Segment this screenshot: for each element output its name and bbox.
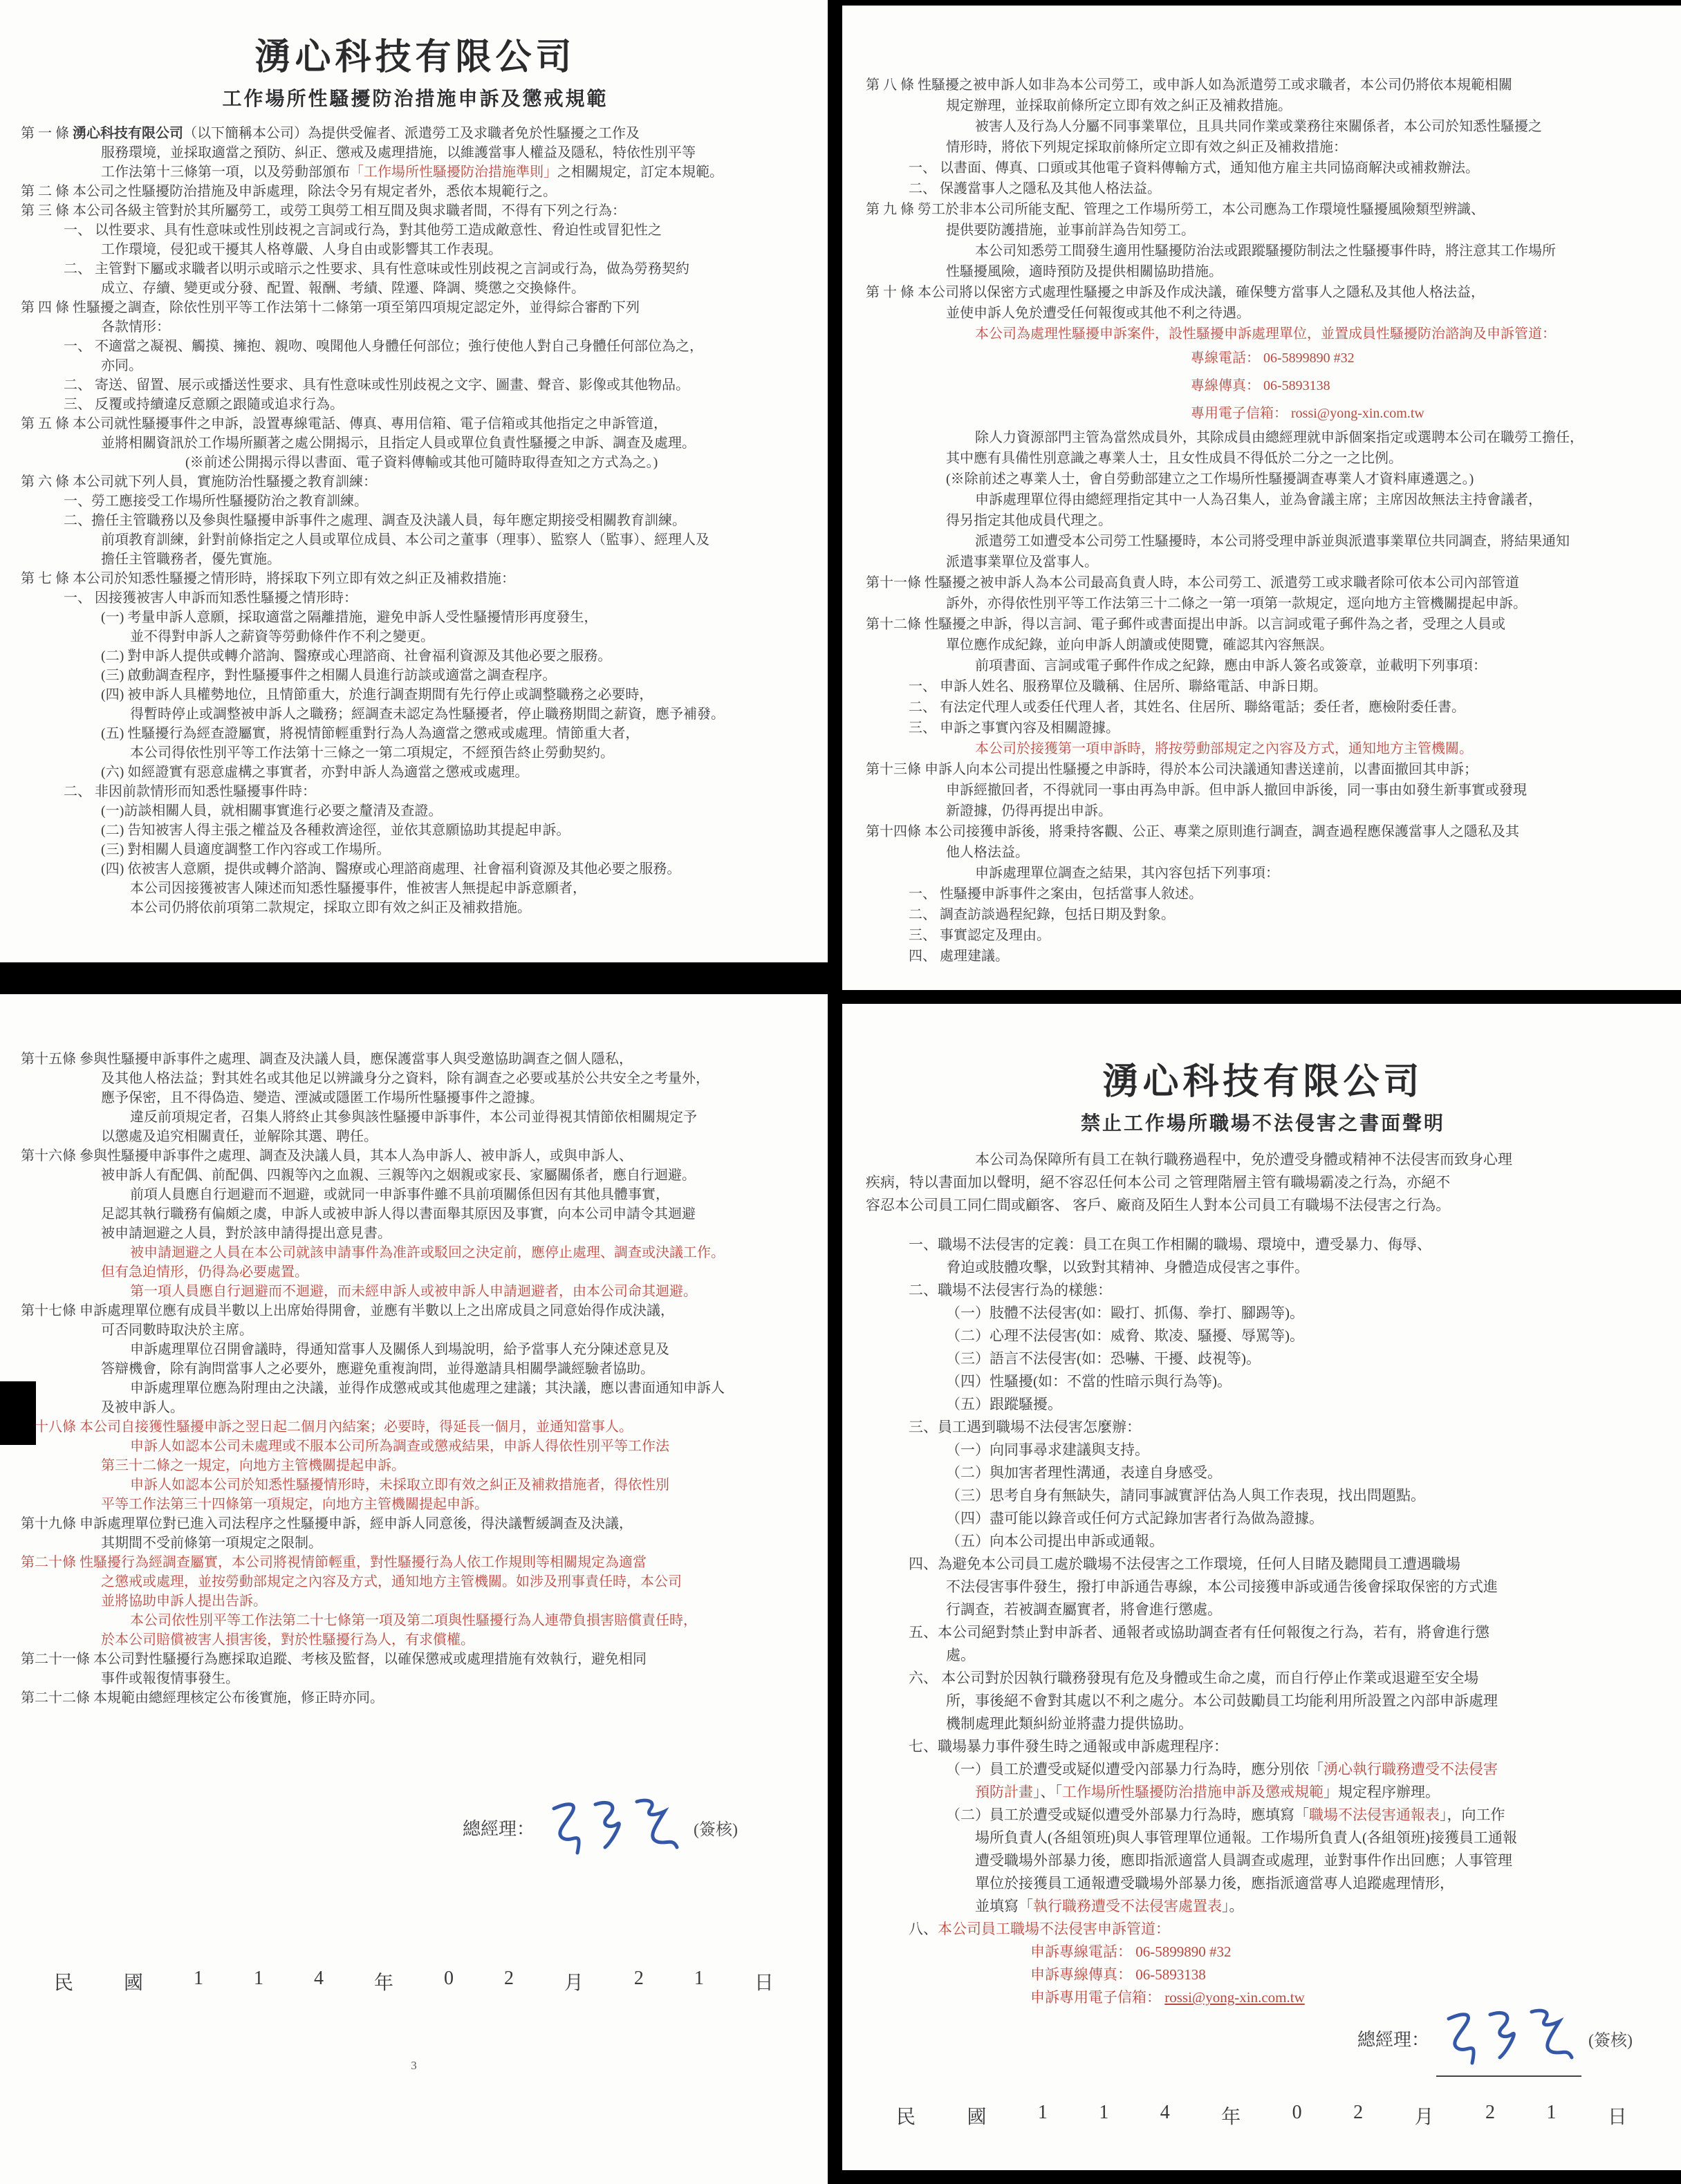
doc-line: 本公司為處理性騷擾申訴案件，設性騷擾申訴處理單位，並置成員性騷擾防治諮詢及申訴管…	[975, 324, 1663, 344]
page-title: 湧心科技有限公司	[866, 1052, 1660, 1104]
doc-line: 應予保密，且不得偽造、變造、湮滅或隱匿工作場所性騷擾事件之證據。	[101, 1088, 810, 1108]
doc-line: 第十二條 性騷擾之申訴，得以言詞、電子郵件或書面提出申訴。以言詞或電子郵件為之者…	[866, 614, 1663, 635]
date-cell: 2	[504, 1968, 514, 1995]
doc-line: （五）跟蹤騷擾。	[946, 1393, 1660, 1416]
doc-line: （二）與加害者理性溝通，表達自身感受。	[946, 1462, 1660, 1484]
doc-line: 本公司依性別平等工作法第二十七條第一項及第二項與性騷擾行為人連帶負損害賠償責任時…	[130, 1611, 810, 1630]
doc-line: 二、 寄送、留置、展示或播送性要求、具有性意味或性別歧視之文字、圖畫、聲音、影像…	[64, 375, 810, 395]
date-cell: 年	[374, 1968, 393, 1995]
signature-label: 總經理：	[1357, 2026, 1429, 2051]
doc-line: 一、職場不法侵害的定義：員工在與工作相關的職場、環境中，遭受暴力、侮辱、	[909, 1233, 1660, 1256]
doc-line: 一、 因接獲被害人申訴而知悉性騷擾之情形時：	[64, 588, 810, 608]
doc-line: 二、 調查訪談過程紀錄，包括日期及對象。	[909, 904, 1663, 925]
doc-line: 前項人員應自行迴避而不迴避，或就同一申訴事件雖不具前項關係但因有其他具體事實，	[130, 1185, 810, 1204]
doc-line: (二) 對申訴人提供或轉介諮詢、醫療或心理諮商、社會福利資源及其他必要之服務。	[101, 646, 810, 666]
doc-line: 他人格法益。	[946, 842, 1663, 863]
signature-label: 總經理：	[463, 1815, 535, 1840]
date-cell: 4	[314, 1968, 324, 1995]
document-page-4: 湧心科技有限公司 禁止工作場所職場不法侵害之書面聲明 本公司為保障所有員工在執行…	[842, 1004, 1681, 2170]
doc-line: 第 一 條 湧心科技有限公司（以下簡稱本公司）為提供受僱者、派遣勞工及求職者免於…	[21, 124, 810, 143]
doc-line: 訴外，亦得依性別平等工作法第三十二條之一第一項第一款規定，逕向地方主管機關提起申…	[946, 593, 1663, 614]
doc-line: 處。	[946, 1644, 1660, 1667]
doc-line: 脅迫或肢體攻擊，以致對其精神、身體造成侵害之事件。	[946, 1256, 1660, 1279]
date-cell: 1	[194, 1968, 203, 1995]
doc-line: 行調查，若被調查屬實者，將會進行懲處。	[946, 1598, 1660, 1621]
doc-line: 四、 處理建議。	[909, 946, 1663, 967]
doc-line: 一、 以性要求、具有性意味或性別歧視之言詞或行為，對其他勞工造成敵意性、脅迫性或…	[64, 221, 810, 240]
doc-line: (二) 告知被害人得主張之權益及各種救濟途徑，並依其意願協助其提起申訴。	[101, 821, 810, 840]
doc-line: 擔任主管職務者，優先實施。	[101, 550, 810, 569]
doc-line: 不法侵害事件發生，撥打申訴通告專線，本公司接獲申訴或通告後會採取保密的方式進	[946, 1576, 1660, 1598]
doc-line: 前項教育訓練，針對前條指定之人員或單位成員、本公司之董事（理事）、監察人（監事）…	[101, 530, 810, 550]
doc-line: (四) 依被害人意願，提供或轉介諮詢、醫療或心理諮商處理、社會福利資源及其他必要…	[101, 859, 810, 879]
doc-line: 本公司為保障所有員工在執行職務過程中，免於遭受身體或精神不法侵害而致身心理	[975, 1148, 1660, 1171]
doc-line: 及其他人格法益；對其姓名或其他足以辨識身分之資料，除有調查之必要或基於公共安全之…	[101, 1069, 810, 1088]
document-page-1: 湧心科技有限公司 工作場所性騷擾防治措施申訴及懲戒規範 第 一 條 湧心科技有限…	[0, 0, 828, 962]
date-cell: 月	[564, 1968, 584, 1995]
doc-line: 所，事後絕不會對其處以不利之處分。本公司鼓勵員工均能利用所設置之內部申訴處理	[946, 1690, 1660, 1712]
doc-line: 足認其執行職務有偏頗之虞，申訴人或被申訴人得以書面舉其原因及事實，向本公司申請令…	[101, 1204, 810, 1224]
doc-line: 工作環境，侵犯或干擾其人格尊嚴、人身自由或影響其工作表現。	[101, 240, 810, 259]
doc-line: 並不得對申訴人之薪資等勞動條件作不利之變更。	[130, 627, 810, 646]
doc-line: 以懲處及追究相關責任，並解除其選、聘任。	[101, 1127, 810, 1146]
doc-line: 第 六 條 本公司就下列人員，實施防治性騷擾之教育訓練：	[21, 472, 810, 492]
doc-line: 二、 有法定代理人或委任代理人者，其姓名、住居所、聯絡電話；委任者，應檢附委任書…	[909, 697, 1663, 718]
doc-line: 一、 性騷擾申訴事件之案由，包括當事人敘述。	[909, 884, 1663, 904]
date-cell: 1	[1099, 2102, 1108, 2129]
doc-line: 第十六條 參與性騷擾申訴事件之處理、調查及決議人員，其本人為申訴人、被申訴人，或…	[21, 1146, 810, 1166]
doc-line: 二、 非因前款情形而知悉性騷擾事件時：	[64, 782, 810, 801]
doc-line: 本公司得依性別平等工作法第十三條之一第二項規定，不經預告終止勞動契約。	[130, 743, 810, 763]
date-cell: 0	[444, 1968, 454, 1995]
date-cell: 2	[1485, 2102, 1495, 2129]
doc-line: 並將協助申訴人提出告訴。	[101, 1592, 810, 1611]
document-body: 第 一 條 湧心科技有限公司（以下簡稱本公司）為提供受僱者、派遣勞工及求職者免於…	[21, 124, 810, 917]
date-cell: 國	[967, 2102, 986, 2129]
doc-line: 之懲戒或處理，並按勞動部規定之內容及方式，通知地方主管機關。如涉及刑事責任時，本…	[101, 1572, 810, 1592]
doc-line: (※前述公開揭示得以書面、電子資料傳輸或其他可隨時取得查知之方式為之。)	[185, 453, 810, 472]
doc-line: 疾病，特以書面加以聲明，絕不容忍任何本公司 之管理階層主管有職場霸凌之行為，亦絕…	[866, 1171, 1660, 1194]
doc-line: 專線傳真： 06-5893138	[1191, 372, 1663, 400]
doc-line: 三、 反覆或持續違反意願之跟隨或追求行為。	[64, 395, 810, 414]
doc-line: 申訴處理單位召開會議時，得通知當事人及關係人到場說明，給予當事人充分陳述意見及	[130, 1340, 810, 1359]
doc-line: 二、 主管對下屬或求職者以明示或暗示之性要求、具有性意味或性別歧視之言詞或行為，…	[64, 259, 810, 279]
doc-line: 及被申訴人。	[101, 1398, 810, 1417]
doc-line: 並使申訴人免於遭受任何報復或其他不利之待遇。	[946, 303, 1663, 324]
doc-line: 遭受職場外部暴力後，應即指派適當人員調查或處理，並對事件作出回應；人事管理	[975, 1849, 1660, 1872]
doc-line: 得另指定其他成員代理之。	[946, 510, 1663, 531]
doc-line: 八、本公司員工職場不法侵害申訴管道：	[909, 1918, 1660, 1941]
doc-line: 亦同。	[101, 356, 810, 375]
doc-line: 一、 不適當之凝視、觸摸、擁抱、親吻、嗅聞他人身體任何部位；強行使他人對自己身體…	[64, 337, 810, 356]
doc-line: 第二十一條 本公司對性騷擾行為應採取追蹤、考核及監督，以確保懲戒或處理措施有效執…	[21, 1650, 810, 1669]
doc-line: (三) 啟動調查程序，對性騷擾事件之相關人員進行訪談或適當之調查程序。	[101, 666, 810, 685]
doc-line: 情形時，將依下列規定採取前條所定立即有效之糾正及補救措施：	[946, 137, 1663, 158]
date-cell: 1	[1038, 2102, 1048, 2129]
doc-line: 第一項人員應自行迴避而不迴避，而未經申訴人或被申訴人申請迴避者，由本公司命其迴避…	[130, 1282, 810, 1301]
doc-line: 其期間不受前條第一項規定之限制。	[101, 1533, 810, 1553]
scan-canvas: 湧心科技有限公司 工作場所性騷擾防治措施申訴及懲戒規範 第 一 條 湧心科技有限…	[0, 0, 1681, 2184]
doc-line: 第十四條 本公司接獲申訴後，將秉持客觀、公正、專業之原則進行調查，調查過程應保護…	[866, 821, 1663, 842]
date-cell: 日	[1608, 2102, 1627, 2129]
doc-line: 本公司知悉勞工間發生適用性騷擾防治法或跟蹤騷擾防制法之性騷擾事件時，將注意其工作…	[975, 241, 1663, 261]
doc-line: (三) 對相關人員適度調整工作內容或工作場所。	[101, 840, 810, 859]
doc-line: 第三十二條之一規定，向地方主管機關提起申訴。	[101, 1456, 810, 1475]
doc-line: 申訴處理單位得由總經理指定其中一人為召集人，並為會議主席；主席因故無法主持會議者…	[975, 489, 1663, 510]
doc-line: 本公司仍將依前項第二款規定，採取立即有效之糾正及補救措施。	[130, 898, 810, 917]
doc-line: 第十五條 參與性騷擾申訴事件之處理、調查及決議人員，應保護當事人與受邀協助調查之…	[21, 1049, 810, 1069]
doc-line: 第 三 條 本公司各級主管對於其所屬勞工，或勞工與勞工相互間及與求職者間，不得有…	[21, 201, 810, 221]
doc-line: 七、職場暴力事件發生時之通報或申訴處理程序：	[909, 1735, 1660, 1758]
doc-line: 前項書面、言詞或電子郵件作成之紀錄，應由申訴人簽名或簽章，並載明下列事項：	[975, 655, 1663, 676]
doc-line: （四）盡可能以錄音或任何方式記錄加害者行為做為證據。	[946, 1507, 1660, 1530]
doc-line: 事件或報復情事發生。	[101, 1669, 810, 1688]
doc-line: 第十九條 申訴處理單位對已進入司法程序之性騷擾申訴，經申訴人同意後，得決議暫緩調…	[21, 1514, 810, 1533]
scan-artifact	[0, 1381, 36, 1445]
document-body: 第 八 條 性騷擾之被申訴人如非為本公司勞工，或申訴人如為派遣勞工或求職者，本公…	[866, 75, 1663, 967]
doc-line: 第 七 條 本公司於知悉性騷擾之情形時，將採取下列立即有效之糾正及補救措施：	[21, 569, 810, 588]
doc-line: 申訴專線電話： 06-5899890 #32	[1030, 1941, 1660, 1963]
doc-line: 第 四 條 性騷擾之調查，除依性別平等工作法第十二條第一項至第四項規定認定外，並…	[21, 298, 810, 317]
date-cell: 0	[1292, 2102, 1302, 2129]
doc-line: 五、本公司絕對禁止對申訴者、通報者或協助調查者有任何報復之行為，若有，將會進行懲	[909, 1621, 1660, 1644]
general-manager-signature-handwriting-icon	[541, 1789, 687, 1865]
doc-line: 得暫時停止或調整被申訴人之職務；經調查未認定為性騷擾者，停止職務期間之薪資，應予…	[130, 704, 810, 724]
doc-line: 成立、存續、變更或分發、配置、報酬、考績、陞遷、降調、獎懲之交換條件。	[101, 279, 810, 298]
doc-line: 並將相關資訊於工作場所顯著之處公開揭示，且指定人員或單位負責性騷擾之申訴、調查及…	[101, 433, 810, 453]
doc-line: （四）性騷擾(如：不當的性暗示與行為等)。	[946, 1370, 1660, 1393]
doc-line: 被申請迴避之人員在本公司就該申請事件為准許或駁回之決定前，應停止處理、調查或決議…	[130, 1243, 810, 1262]
doc-line: (※除前述之專業人士，會自勞動部建立之工作場所性騷擾調查專業人才資料庫遴選之。)	[946, 469, 1663, 489]
page-subtitle: 工作場所性騷擾防治措施申訴及懲戒規範	[21, 84, 810, 111]
page-title: 湧心科技有限公司	[21, 28, 810, 80]
doc-line: 第 八 條 性騷擾之被申訴人如非為本公司勞工，或申訴人如為派遣勞工或求職者，本公…	[866, 75, 1663, 95]
doc-line: 第 九 條 勞工於非本公司所能支配、管理之工作場所勞工，本公司應為工作環境性騷擾…	[866, 199, 1663, 220]
doc-line: （一）員工於遭受或疑似遭受內部暴力行為時，應分別依「湧心執行職務遭受不法侵害	[946, 1758, 1660, 1781]
doc-line: (六) 如經證實有惡意虛構之事實者，亦對申訴人為適當之懲戒或處理。	[101, 763, 810, 782]
doc-line: 申訴專線傳真： 06-5893138	[1030, 1963, 1660, 1986]
doc-line: 工作法第十三條第一項，以及勞動部頒布「工作場所性騷擾防治措施準則」之相關規定，訂…	[101, 162, 810, 182]
document-page-3: 第十五條 參與性騷擾申訴事件之處理、調查及決議人員，應保護當事人與受邀協助調查之…	[0, 994, 828, 2184]
date-cell: 1	[694, 1968, 704, 1995]
doc-line: 各款情形：	[101, 317, 810, 337]
date-cell: 1	[254, 1968, 263, 1995]
doc-line: 第 十 條 本公司將以保密方式處理性騷擾之申訴及作成決議，確保雙方當事人之隱私及…	[866, 282, 1663, 303]
page-subtitle: 禁止工作場所職場不法侵害之書面聲明	[866, 1108, 1660, 1136]
doc-line: 提供要防護措施，並事前詳為告知勞工。	[946, 220, 1663, 241]
doc-line: （一）向同事尋求建議與支持。	[946, 1439, 1660, 1462]
doc-line: 申訴人如認本公司未處理或不服本公司所為調查或懲戒結果，申訴人得依性別平等工作法	[130, 1437, 810, 1456]
doc-line: 平等工作法第三十四條第一項規定，向地方主管機關提起申訴。	[101, 1495, 810, 1514]
date-cell: 4	[1160, 2102, 1170, 2129]
signature-approval-note: (簽核)	[694, 1816, 738, 1840]
doc-line: （二）員工於遭受或疑似遭受外部暴力行為時，應填寫「職場不法侵害通報表」，向工作	[946, 1804, 1660, 1827]
document-page-2: 第 八 條 性騷擾之被申訴人如非為本公司勞工，或申訴人如為派遣勞工或求職者，本公…	[842, 6, 1681, 990]
doc-line: （三）語言不法侵害(如：恐嚇、干擾、歧視等)。	[946, 1347, 1660, 1370]
date-cell: 民	[54, 1968, 73, 1995]
doc-line: 被申請迴避之人員，對於該申請得提出意見書。	[101, 1224, 810, 1243]
doc-line: 派遣勞工如遭受本公司勞工性騷擾時，本公司將受理申訴並與派遣事業單位共同調查，將結…	[975, 531, 1663, 552]
doc-line: 性騷擾風險，適時預防及提供相關協助措施。	[946, 261, 1663, 282]
doc-line: 第十一條 性騷擾之被申訴人為本公司最高負責人時，本公司勞工、派遣勞工或求職者除可…	[866, 572, 1663, 593]
doc-line: 六、 本公司對於因執行職務發現有危及身體或生命之虞，而自行停止作業或退避至安全場	[909, 1667, 1660, 1690]
date-cell: 民	[896, 2102, 916, 2129]
date-cell: 國	[124, 1968, 143, 1995]
doc-line: 第十八條 本公司自接獲性騷擾申訴之翌日起二個月內結案；必要時，得延長一個月，並通…	[21, 1417, 810, 1437]
doc-line: (五) 性騷擾行為經查證屬實，將視情節輕重對行為人為適當之懲戒或處理。情節重大者…	[101, 724, 810, 743]
doc-line: 答辯機會，除有詢問當事人之必要外，應避免重複詢問，並得邀請具相關學識經驗者協助。	[101, 1359, 810, 1379]
doc-line: 申訴經撤回者，不得就同一事由再為申訴。但申訴人撤回申訴後，同一事由如發生新事實或…	[946, 780, 1663, 801]
date-cell: 日	[754, 1968, 774, 1995]
doc-line: 一、 申訴人姓名、服務單位及職稱、住居所、聯絡電話、申訴日期。	[909, 676, 1663, 697]
doc-line: 違反前項規定者，召集人將終止其參與該性騷擾申訴事件，本公司並得視其情節依相關規定…	[130, 1108, 810, 1127]
doc-line: 派遣事業單位及當事人。	[946, 552, 1663, 572]
doc-line: 第 五 條 本公司就性騷擾事件之申訴，設置專線電話、傳真、專用信箱、電子信箱或其…	[21, 414, 810, 433]
date-cell: 2	[634, 1968, 644, 1995]
doc-line: 被害人及行為人分屬不同事業單位，且具共同作業或業務往來關係者，本公司於知悉性騷擾…	[975, 116, 1663, 137]
date-cell: 年	[1221, 2102, 1241, 2129]
document-body: 第十五條 參與性騷擾申訴事件之處理、調查及決議人員，應保護當事人與受邀協助調查之…	[21, 1049, 810, 1708]
doc-line: 第二十二條 本規範由總經理核定公布後實施，修正時亦同。	[21, 1688, 810, 1708]
date-cell: 月	[1415, 2102, 1434, 2129]
date-cell: 2	[1353, 2102, 1363, 2129]
doc-line: 申訴處理單位應為附理由之決議，並得作成懲戒或其他處理之建議；其決議，應以書面通知…	[130, 1379, 810, 1398]
doc-line: 單位應作成紀錄，並向申訴人朗讀或使閱覽，確認其內容無誤。	[946, 635, 1663, 655]
doc-line: 單位於接獲員工通報遭受職場外部暴力後，應指派適當專人追蹤處理情形，	[975, 1872, 1660, 1895]
doc-line: 第 二 條 本公司之性騷擾防治措施及申訴處理，除法令另有規定者外，悉依本規範行之…	[21, 182, 810, 201]
doc-line: （二）心理不法侵害(如：威脅、欺凌、騷擾、辱罵等)。	[946, 1325, 1660, 1347]
doc-line: 新證據，仍得再提出申訴。	[946, 801, 1663, 821]
date-row: 民國114年02月21日	[842, 2102, 1681, 2129]
doc-line: 一、勞工應接受工作場所性騷擾防治之教育訓練。	[64, 492, 810, 511]
doc-line: 服務環境，並採取適當之預防、糾正、懲戒及處理措施，以維護當事人權益及隱私，特依性…	[101, 143, 810, 162]
doc-line: 被申訴人有配偶、前配偶、四親等內之血親、三親等內之姻親或家長、家屬關係者，應自行…	[101, 1166, 810, 1185]
doc-line: （三）思考自身有無缺失，請同事誠實評估為人與工作表現，找出問題點。	[946, 1484, 1660, 1507]
doc-line: 第十七條 申訴處理單位應有成員半數以上出席始得開會，並應有半數以上之出席成員之同…	[21, 1301, 810, 1320]
signature-block: 總經理： (簽核)	[463, 1789, 738, 1865]
doc-line: 二、職場不法侵害行為的樣態：	[909, 1279, 1660, 1302]
doc-line: 專用電子信箱： rossi@yong-xin.com.tw	[1191, 400, 1663, 427]
doc-line: 場所負責人(各組領班)與人事管理單位通報。工作場所負責人(各組領班)接獲員工通報	[975, 1827, 1660, 1849]
doc-line: (一) 考量申訴人意願，採取適當之隔離措施，避免申訴人受性騷擾情形再度發生，	[101, 608, 810, 627]
doc-line: 本公司因接獲被害人陳述而知悉性騷擾事件，惟被害人無提起申訴意願者，	[130, 879, 810, 898]
doc-line: (四) 被申訴人具權勢地位，且情節重大，於進行調查期間有先行停止或調整職務之必要…	[101, 685, 810, 704]
doc-line: 第十三條 申訴人向本公司提出性騷擾之申訴時，得於本公司決議通知書送達前，以書面撤…	[866, 759, 1663, 780]
signature-approval-note: (簽核)	[1588, 2026, 1633, 2051]
doc-line: 機制處理此類糾紛並將盡力提供協助。	[946, 1712, 1660, 1735]
doc-line: 三、 事實認定及理由。	[909, 925, 1663, 946]
signature-block: 總經理： (簽核)	[1357, 1999, 1633, 2077]
doc-line: 第二十條 性騷擾行為經調查屬實，本公司將視情節輕重，對性騷擾行為人依工作規則等相…	[21, 1553, 810, 1572]
doc-line: (一)訪談相關人員，就相關事實進行必要之釐清及查證。	[101, 801, 810, 821]
doc-line: 其中應有具備性別意識之專業人士，且女性成員不得低於二分之一之比例。	[946, 448, 1663, 469]
doc-line: （一）肢體不法侵害(如：毆打、抓傷、拳打、腳踢等)。	[946, 1302, 1660, 1325]
doc-line: 二、擔任主管職務以及參與性騷擾申訴事件之處理、調查及決議人員，每年應定期接受相關…	[64, 511, 810, 530]
doc-line: 四、為避免本公司員工處於職場不法侵害之工作環境，任何人目睹及聽聞員工遭遇職場	[909, 1553, 1660, 1576]
doc-line: 於本公司賠償被害人損害後，對於性騷擾行為人，有求償權。	[101, 1630, 810, 1650]
doc-line: 三、員工遇到職場不法侵害怎麼辦：	[909, 1416, 1660, 1439]
date-cell: 1	[1546, 2102, 1556, 2129]
date-row: 民國114年02月21日	[0, 1968, 828, 1995]
doc-line: 預防計畫」、「工作場所性騷擾防治措施申訴及懲戒規範」規定程序辦理。	[975, 1781, 1660, 1804]
doc-line: 本公司於接獲第一項申訴時，將按勞動部規定之內容及方式，通知地方主管機關。	[975, 738, 1663, 759]
doc-line: 規定辦理，並採取前條所定立即有效之糾正及補救措施。	[946, 95, 1663, 116]
doc-line: 但有急迫情形，仍得為必要處置。	[101, 1262, 810, 1282]
doc-line: 申訴處理單位調查之結果，其內容包括下列事項：	[975, 863, 1663, 884]
page-number: 3	[0, 2059, 828, 2073]
doc-line: 並填寫「執行職務遭受不法侵害處置表」。	[975, 1895, 1660, 1918]
doc-line: （五）向本公司提出申訴或通報。	[946, 1530, 1660, 1553]
doc-line: 三、 申訴之事實內容及相關證據。	[909, 718, 1663, 738]
doc-line: 可否同數時取決於主席。	[101, 1320, 810, 1340]
general-manager-signature-handwriting-icon	[1436, 1999, 1581, 2077]
doc-line: 二、 保護當事人之隱私及其他人格法益。	[909, 178, 1663, 199]
doc-line: 申訴人如認本公司於知悉性騷擾情形時，未採取立即有效之糾正及補救措施者，得依性別	[130, 1475, 810, 1495]
doc-line: 一、 以書面、傳真、口頭或其他電子資料傳輸方式，通知他方雇主共同協商解決或補救辦…	[909, 158, 1663, 178]
doc-line: 除人力資源部門主管為當然成員外，其除成員由總經理就申訴個案指定或選聘本公司在職勞…	[975, 427, 1663, 448]
doc-line: 容忍本公司員工同仁間或顧客、 客戶、廠商及陌生人對本公司員工有職場不法侵害之行為…	[866, 1194, 1660, 1217]
document-body: 本公司為保障所有員工在執行職務過程中，免於遭受身體或精神不法侵害而致身心理疾病，…	[866, 1148, 1660, 2009]
doc-line: 專線電話： 06-5899890 #32	[1191, 344, 1663, 372]
